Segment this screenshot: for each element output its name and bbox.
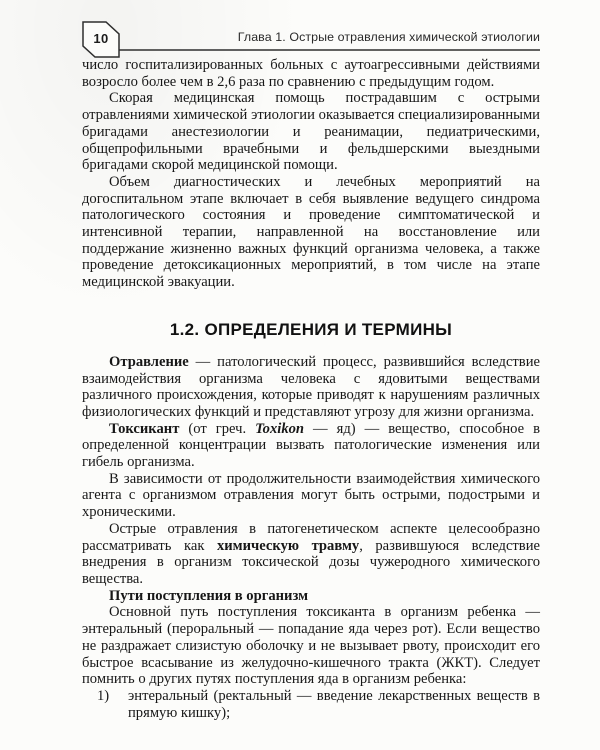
body-paragraph: Острые отравления в патогенетическом асп… xyxy=(82,521,540,588)
section-heading: 1.2. ОПРЕДЕЛЕНИЯ И ТЕРМИНЫ xyxy=(82,320,540,340)
text-segment: Токсикант xyxy=(109,421,179,437)
body-paragraph: В зависимости от продолжительности взаим… xyxy=(82,471,540,521)
text-segment: Пути поступления в организм xyxy=(109,588,308,604)
body-paragraph: Объем диагностических и лечебных меропри… xyxy=(82,174,540,291)
text-segment: В зависимости от продолжительности взаим… xyxy=(82,471,540,520)
text-segment: Скорая медицинская помощь пострадавшим с… xyxy=(82,90,540,173)
text-segment: Отравление xyxy=(109,354,189,370)
body-paragraph: Токсикант (от греч. Toxikon — яд) — веще… xyxy=(82,421,540,471)
text-segment: Основной путь поступления токсиканта в о… xyxy=(82,604,540,687)
list-item-marker: 1) xyxy=(97,688,109,705)
text-segment: химическую травму xyxy=(217,538,359,554)
scanned-book-page: 10 Глава 1. Острые отравления химической… xyxy=(0,0,600,750)
text-segment: число госпитализированных больных с ауто… xyxy=(82,57,540,90)
text-segment: (от греч. xyxy=(179,421,255,437)
text-segment: энтеральный (ректальный — введение лекар… xyxy=(128,688,540,721)
text-segment: Объем диагностических и лечебных меропри… xyxy=(82,174,540,290)
list-item: 1)энтеральный (ректальный — введение лек… xyxy=(82,688,540,721)
text-segment: Toxikon xyxy=(255,421,304,437)
body-paragraph: Отравление — патологический процесс, раз… xyxy=(82,354,540,421)
body-paragraph: Основной путь поступления токсиканта в о… xyxy=(82,604,540,688)
body-paragraph: Пути поступления в организм xyxy=(82,588,540,605)
chapter-running-title: Глава 1. Острые отравления химической эт… xyxy=(238,30,540,44)
body-paragraph: Скорая медицинская помощь пострадавшим с… xyxy=(82,90,540,174)
body-paragraph: число госпитализированных больных с ауто… xyxy=(82,57,540,90)
page-number: 10 xyxy=(83,23,119,54)
page-body: число госпитализированных больных с ауто… xyxy=(82,57,540,721)
